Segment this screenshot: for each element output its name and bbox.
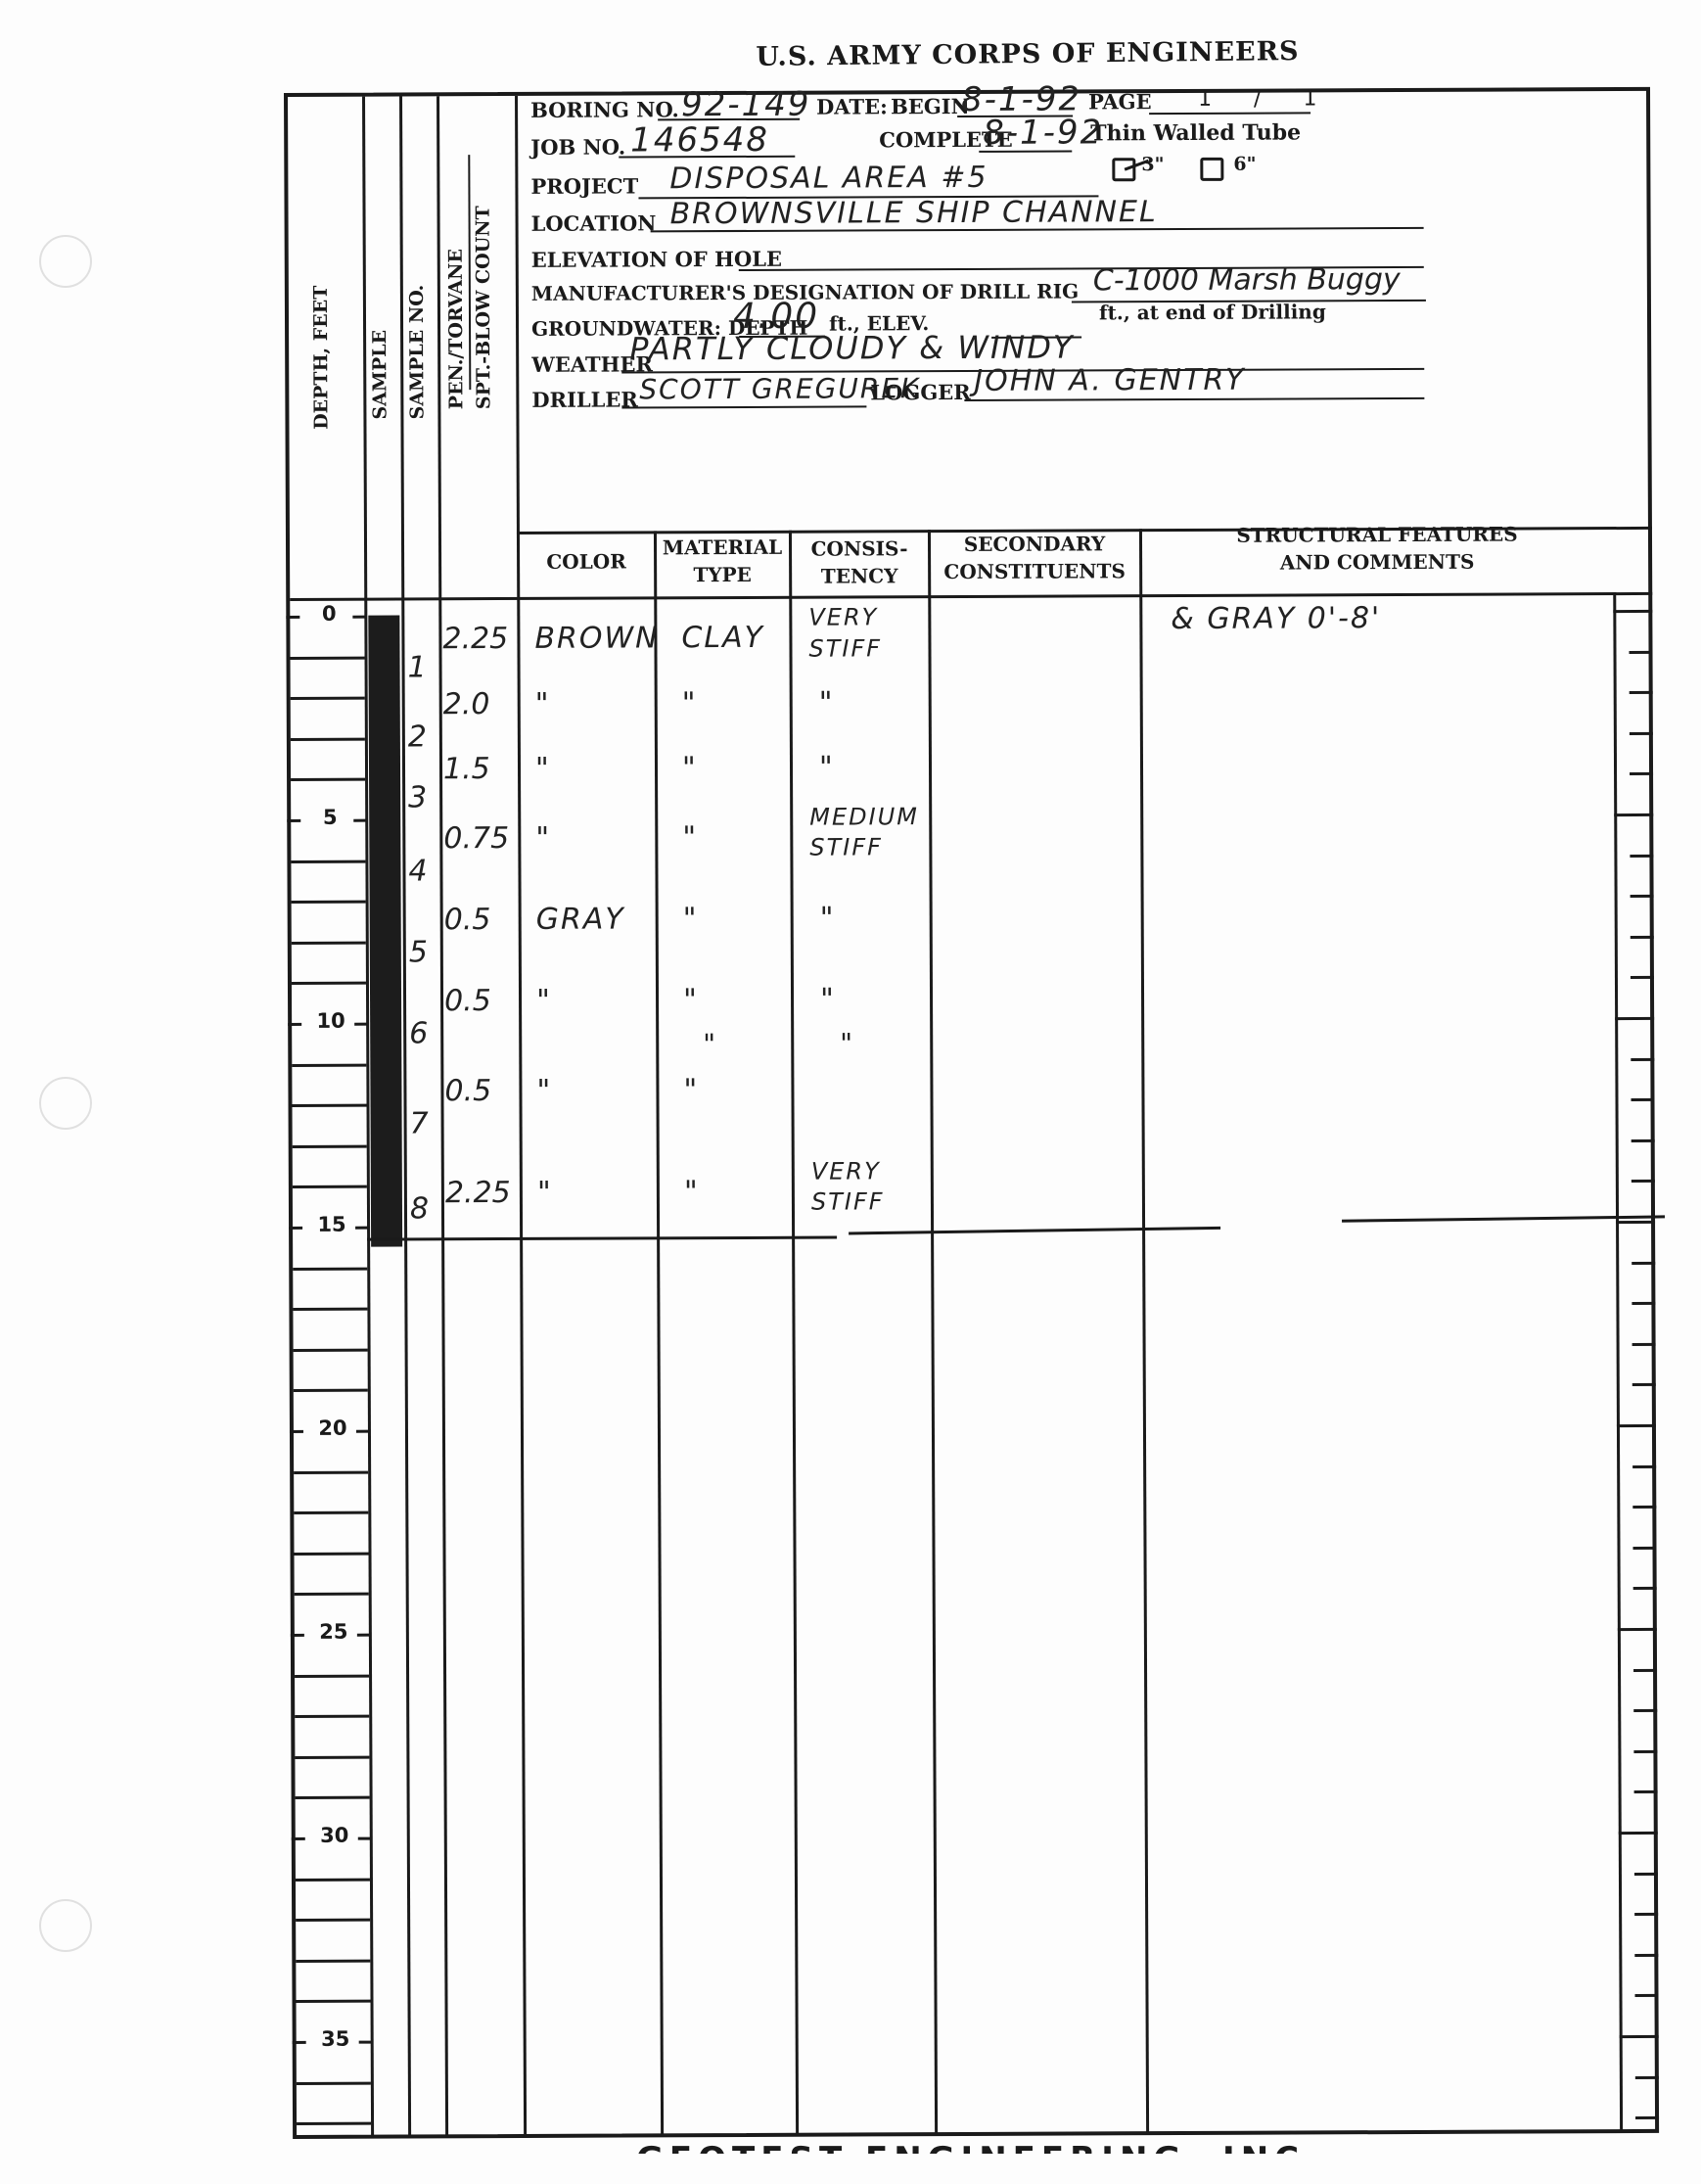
logger-label: LOGGER <box>870 380 970 404</box>
material-cell[interactable]: " <box>683 983 699 1017</box>
consistency-cell-line2[interactable]: STIFF <box>811 1188 885 1216</box>
complete-date-underline <box>979 150 1072 152</box>
right-minor-tick <box>1631 895 1654 898</box>
consistency-cell[interactable]: MEDIUM <box>809 803 919 830</box>
consistency-cell[interactable]: VERY <box>811 1157 881 1185</box>
right-minor-tick <box>1635 2075 1659 2078</box>
right-minor-tick <box>1633 1587 1657 1590</box>
divider-material-consistency <box>789 531 799 2135</box>
material-type-column-header: MATERIAL TYPE <box>657 534 788 589</box>
right-minor-tick <box>1631 1057 1654 1060</box>
depth-minor-line <box>294 1470 368 1473</box>
consistency-cell[interactable]: " <box>820 902 836 936</box>
depth-major-tick <box>289 1227 302 1230</box>
color-cell[interactable]: " <box>536 984 552 1018</box>
location-label: LOCATION <box>531 210 657 236</box>
depth-minor-line <box>296 1919 370 1922</box>
depth-minor-line <box>296 1959 370 1962</box>
depth-label: 35 <box>297 2027 375 2051</box>
pen-torvane-cell[interactable]: 2.25 <box>442 622 508 656</box>
depth-minor-line <box>293 1104 367 1107</box>
footer-company-name: GEOTEST ENGINEERING, INC. <box>636 2140 1323 2154</box>
right-minor-tick <box>1630 691 1653 694</box>
right-minor-tick <box>1629 650 1652 653</box>
end-of-boring-line <box>367 1236 837 1241</box>
depth-minor-line <box>291 656 365 659</box>
right-minor-tick <box>1631 936 1654 939</box>
column-header-bottom <box>290 592 1652 601</box>
depth-column-header: DEPTH, FEET <box>310 286 333 430</box>
depth-label: 5 <box>291 806 369 829</box>
consistency-cell-line2[interactable]: STIFF <box>808 634 882 662</box>
color-cell[interactable]: " <box>535 752 551 786</box>
depth-minor-line <box>292 982 366 985</box>
spt-blow-count-column-header: SPT.-BLOW COUNT <box>473 206 495 409</box>
structural-comment-0[interactable]: & GRAY 0'-8' <box>1171 601 1381 636</box>
project-value[interactable]: DISPOSAL AREA #5 <box>669 161 988 196</box>
date-label: DATE: <box>816 94 888 118</box>
sample-no-cell[interactable]: 4 <box>408 854 429 888</box>
sample-no-cell[interactable]: 6 <box>409 1017 430 1051</box>
sample-no-cell[interactable]: 1 <box>407 650 428 684</box>
consistency-cell[interactable]: " <box>819 751 835 785</box>
depth-minor-line <box>296 1878 370 1881</box>
depth-major-tick <box>359 2041 373 2044</box>
depth-minor-line <box>291 697 365 700</box>
depth-minor-line <box>295 1552 369 1555</box>
depth-minor-line <box>295 1674 369 1677</box>
right-minor-tick <box>1631 976 1654 979</box>
depth-minor-line <box>291 778 365 781</box>
page-underline <box>1149 112 1310 115</box>
sample-no-cell[interactable]: 8 <box>410 1192 431 1227</box>
page-label: PAGE <box>1088 89 1152 114</box>
depth-major-tick <box>357 1634 371 1637</box>
material-cell[interactable]: " <box>682 686 698 720</box>
right-minor-tick <box>1634 1954 1658 1957</box>
consistency-cell[interactable]: " <box>819 685 835 720</box>
end-of-boring-line-right <box>849 1227 1220 1235</box>
depth-minor-line <box>294 1511 368 1514</box>
right-major-tick <box>1618 1628 1657 1631</box>
color-cell[interactable]: " <box>537 1176 553 1210</box>
location-value[interactable]: BROWNSVILLE SHIP CHANNEL <box>669 195 1157 231</box>
structural-features-column-header: STRUCTURAL FEATURES AND COMMENTS <box>1142 520 1612 577</box>
right-minor-tick <box>1632 1464 1656 1467</box>
right-minor-tick <box>1634 1913 1658 1916</box>
right-minor-tick <box>1632 1139 1655 1142</box>
job-no-label: JOB NO. <box>530 134 625 159</box>
sample-no-cell[interactable]: 3 <box>408 781 429 815</box>
right-major-tick <box>1619 1832 1658 1835</box>
right-minor-tick <box>1633 1750 1657 1753</box>
right-major-tick <box>1617 1424 1656 1427</box>
right-minor-tick <box>1631 1098 1654 1101</box>
consistency-ditto-10ft[interactable]: " <box>840 1027 854 1059</box>
depth-minor-line <box>293 1144 367 1147</box>
material-cell[interactable]: " <box>682 820 698 855</box>
right-minor-tick <box>1632 1343 1656 1346</box>
right-minor-tick <box>1634 1872 1658 1875</box>
depth-major-tick <box>355 1227 369 1230</box>
right-minor-tick <box>1632 1506 1656 1509</box>
consistency-cell[interactable]: " <box>820 983 836 1017</box>
depth-minor-line <box>292 1063 366 1066</box>
depth-minor-line <box>295 1715 369 1718</box>
depth-major-tick <box>287 819 300 822</box>
sample-no-cell[interactable]: 5 <box>409 936 430 970</box>
pen-spt-divider <box>468 155 471 390</box>
divider-secondary-structural <box>1139 529 1149 2133</box>
right-minor-tick <box>1630 732 1653 735</box>
right-minor-tick <box>1634 1994 1658 1997</box>
material-cell[interactable]: CLAY <box>681 621 764 655</box>
right-minor-tick <box>1632 1547 1656 1550</box>
sample-column-header: SAMPLE <box>369 330 391 420</box>
right-minor-tick <box>1630 854 1653 857</box>
punch-hole-bottom <box>39 1899 92 1952</box>
sample-no-column-header: SAMPLE NO. <box>406 285 429 420</box>
depth-minor-line <box>297 2122 371 2125</box>
depth-major-tick <box>292 1837 305 1840</box>
material-cell[interactable]: " <box>683 1073 699 1107</box>
right-major-tick <box>1614 813 1653 816</box>
consistency-column-header: CONSIS- TENCY <box>792 534 927 590</box>
divider-pen-main <box>515 96 527 2136</box>
right-minor-tick <box>1633 1668 1657 1671</box>
pen-torvane-column-header: PEN./TORVANE <box>445 249 468 409</box>
depth-minor-line <box>291 737 365 740</box>
depth-minor-line <box>295 1755 369 1758</box>
job-no-value[interactable]: 146548 <box>630 120 769 161</box>
color-cell[interactable]: " <box>536 1074 552 1108</box>
driller-underline <box>621 405 866 408</box>
pen-torvane-cell[interactable]: 2.0 <box>443 687 490 721</box>
pen-torvane-cell[interactable]: 0.5 <box>444 1074 491 1108</box>
right-minor-tick <box>1630 772 1653 775</box>
groundwater-end-label: ft., at end of Drilling <box>1099 300 1326 324</box>
boring-no-label: BORING NO. <box>530 97 679 122</box>
depth-minor-line <box>297 2000 371 2003</box>
depth-minor-line <box>293 1185 367 1188</box>
boring-log-form: DEPTH, FEET SAMPLE SAMPLE NO. PEN./TORVA… <box>284 87 1659 2139</box>
agency-title: U.S. ARMY CORPS OF ENGINEERS <box>685 35 1370 72</box>
depth-minor-line <box>292 901 366 904</box>
depth-minor-line <box>291 860 365 862</box>
depth-major-tick <box>356 1430 370 1433</box>
depth-minor-line <box>295 1593 369 1596</box>
pen-torvane-cell[interactable]: 0.75 <box>443 821 509 856</box>
right-minor-tick <box>1632 1180 1655 1183</box>
weather-value[interactable]: PARTLY CLOUDY & WINDY <box>629 328 1075 367</box>
sample-no-cell[interactable]: 7 <box>410 1106 431 1140</box>
pen-torvane-cell[interactable]: 2.25 <box>445 1176 511 1210</box>
divider-structural-scale <box>1613 592 1623 2131</box>
color-cell[interactable]: " <box>535 686 551 720</box>
logger-value[interactable]: JOHN A. GENTRY <box>974 363 1245 398</box>
depth-major-tick <box>293 2041 306 2044</box>
sample-no-cell[interactable]: 2 <box>408 720 429 754</box>
drill-rig-value[interactable]: C-1000 Marsh Buggy <box>1093 262 1401 298</box>
tube-3in-label: 3" <box>1141 154 1164 175</box>
pen-torvane-cell[interactable]: 1.5 <box>443 752 490 786</box>
depth-major-tick <box>354 1023 368 1026</box>
color-cell[interactable]: GRAY <box>536 902 625 936</box>
depth-label: 0 <box>290 602 368 626</box>
color-column-header: COLOR <box>520 547 653 576</box>
pen-torvane-cell[interactable]: 0.5 <box>444 984 491 1018</box>
material-ditto-10ft[interactable]: " <box>703 1028 717 1060</box>
color-cell[interactable]: " <box>535 821 551 856</box>
depth-minor-line <box>294 1389 368 1392</box>
material-cell[interactable]: " <box>684 1175 700 1209</box>
tube-label: Thin Walled Tube <box>1090 119 1301 146</box>
depth-minor-line <box>297 2081 371 2084</box>
right-minor-tick <box>1634 1790 1658 1793</box>
depth-major-tick <box>353 819 367 822</box>
depth-minor-line <box>293 1308 367 1311</box>
tube-6in-label: 6" <box>1233 154 1256 175</box>
right-minor-tick <box>1632 1383 1656 1386</box>
depth-minor-line <box>294 1348 368 1351</box>
divider-consistency-secondary <box>928 530 938 2134</box>
right-major-tick <box>1620 2035 1659 2038</box>
consistency-cell-line2[interactable]: STIFF <box>809 834 883 861</box>
right-major-tick <box>1613 610 1652 613</box>
project-label: PROJECT <box>530 173 638 198</box>
depth-label: 20 <box>294 1417 372 1440</box>
depth-minor-line <box>293 1267 367 1270</box>
punch-hole-middle <box>39 1077 92 1130</box>
depth-major-tick <box>290 1430 303 1433</box>
right-major-tick <box>1616 1221 1655 1224</box>
depth-label: 25 <box>295 1620 373 1644</box>
depth-label: 30 <box>296 1824 374 1847</box>
secondary-constituents-column-header: SECONDARY CONSTITUENTS <box>931 530 1138 585</box>
right-minor-tick <box>1633 1709 1657 1712</box>
tube-6in-checkbox[interactable] <box>1200 158 1223 181</box>
depth-minor-line <box>292 941 366 944</box>
depth-label: 15 <box>293 1213 371 1236</box>
right-minor-tick <box>1635 2116 1659 2119</box>
sample-interval-bar <box>368 615 402 1246</box>
material-cell[interactable]: " <box>683 902 699 936</box>
consistency-cell[interactable]: VERY <box>808 604 878 631</box>
depth-major-tick <box>291 1634 304 1637</box>
right-minor-tick <box>1632 1261 1655 1264</box>
material-cell[interactable]: " <box>682 751 698 785</box>
right-major-tick <box>1615 1017 1654 1020</box>
divider-color-material <box>654 531 664 2135</box>
depth-major-tick <box>288 1023 301 1026</box>
depth-major-tick <box>358 1837 372 1840</box>
pen-torvane-cell[interactable]: 0.5 <box>444 903 491 937</box>
depth-major-tick <box>352 616 366 619</box>
color-cell[interactable]: BROWN <box>534 621 659 656</box>
depth-major-tick <box>286 616 299 619</box>
complete-date-value[interactable]: 8-1-92 <box>983 113 1103 153</box>
page-value[interactable]: 1 / 1 <box>1198 86 1335 112</box>
depth-label: 10 <box>292 1009 370 1033</box>
right-minor-tick <box>1632 1302 1655 1305</box>
punch-hole-top <box>39 235 92 288</box>
depth-minor-line <box>296 1796 370 1799</box>
